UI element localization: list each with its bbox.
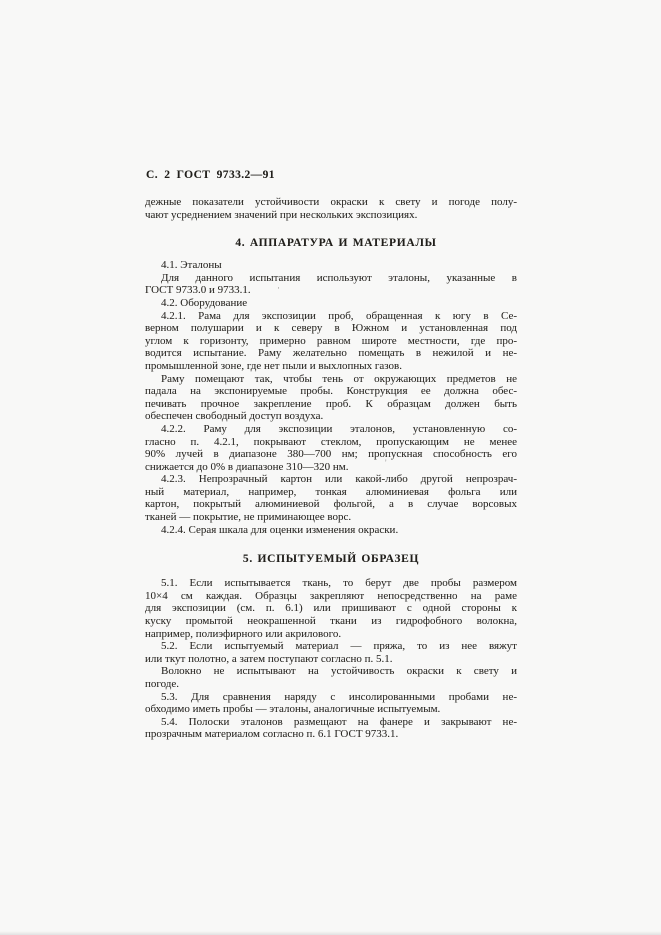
page-edge-shadow xyxy=(0,931,661,935)
scan-artifact-dot: · xyxy=(277,283,280,293)
text-line: печивать прочное закрепление проб. К обр… xyxy=(145,398,517,411)
text-line: обходимо иметь пробы — эталоны, аналогич… xyxy=(145,703,517,716)
text-line: падала на экспонируемые пробы. Конструкц… xyxy=(145,385,517,398)
paragraph: 5.1. Если испытывается ткань, то берут д… xyxy=(145,577,517,640)
paragraph: 5.3. Для сравнения наряду с инсолированн… xyxy=(145,691,517,716)
text-line: обеспечен свободный доступ воздуха. xyxy=(145,410,517,423)
paragraph: 5.4. Полоски эталонов размещают на фанер… xyxy=(145,716,517,741)
text-line: 5.3. Для сравнения наряду с инсолированн… xyxy=(145,691,517,704)
text-line: например, полиэфирного или акрилового. xyxy=(145,628,517,641)
paragraph: 4.2.3. Непрозрачный картон или какой-либ… xyxy=(145,473,517,523)
text-line: Волокно не испытывают на устойчивость ок… xyxy=(145,665,517,678)
text-line: верном полушарии и к северу в Южном и ус… xyxy=(145,322,517,335)
text-line: 4.2. Оборудование xyxy=(145,297,517,310)
text-line: снижается до 0% в диапазоне 310—320 нм. xyxy=(145,461,517,474)
text-line: ный материал, например, тонкая алюминиев… xyxy=(145,486,517,499)
text-line: гласно п. 4.2.1, покрывают стеклом, проп… xyxy=(145,436,517,449)
text-line: или ткут полотно, а затем поступают согл… xyxy=(145,653,517,666)
scan-artifact-tick: ' xyxy=(385,458,387,468)
section-heading: 5. ИСПЫТУЕМЫЙ ОБРАЗЕЦ xyxy=(145,552,517,566)
paragraph: 4.1. Эталоны xyxy=(145,259,517,272)
paragraph: 4.2. Оборудование xyxy=(145,297,517,310)
text-line: прозрачным материалом согласно п. 6.1 ГО… xyxy=(145,728,517,741)
text-line: чают усреднением значений при нескольких… xyxy=(145,209,517,222)
paragraph: 5.2. Если испытуемый материал — пряжа, т… xyxy=(145,640,517,665)
section-heading: 4. АППАРАТУРА И МАТЕРИАЛЫ xyxy=(155,236,517,250)
document-body: дежные показатели устойчивости окраски к… xyxy=(145,196,517,741)
paragraph: Раму помещают так, чтобы тень от окружаю… xyxy=(145,373,517,423)
text-line: промышленной зоне, где нет пыли и выхлоп… xyxy=(145,360,517,373)
paragraph: 4.2.1. Рама для экспозиции проб, обращен… xyxy=(145,310,517,373)
text-line: погоде. xyxy=(145,678,517,691)
text-line: водится испытание. Раму желательно помещ… xyxy=(145,347,517,360)
text-line: 5.1. Если испытывается ткань, то берут д… xyxy=(145,577,517,590)
text-line: Раму помещают так, чтобы тень от окружаю… xyxy=(145,373,517,386)
text-line: 4.2.3. Непрозрачный картон или какой-либ… xyxy=(145,473,517,486)
paragraph: Для данного испытания используют эталоны… xyxy=(145,272,517,297)
text-line: картон, покрытый алюминиевой фольгой, а … xyxy=(145,498,517,511)
paragraph: дежные показатели устойчивости окраски к… xyxy=(145,196,517,221)
paragraph: Волокно не испытывают на устойчивость ок… xyxy=(145,665,517,690)
text-line: 4.2.1. Рама для экспозиции проб, обращен… xyxy=(145,310,517,323)
paragraph: 4.2.4. Серая шкала для оценки изменения … xyxy=(145,524,517,537)
paragraph: 4.2.2. Раму для экспозиции эталонов, уст… xyxy=(145,423,517,473)
text-line: 4.1. Эталоны xyxy=(145,259,517,272)
text-line: 4.2.2. Раму для экспозиции эталонов, уст… xyxy=(145,423,517,436)
text-line: 90% лучей в диапазоне 380—700 нм; пропус… xyxy=(145,448,517,461)
page-header-running-title: С. 2 ГОСТ 9733.2—91 xyxy=(146,169,275,181)
text-line: ГОСТ 9733.0 и 9733.1. xyxy=(145,284,517,297)
text-line: тканей — покрытие, не приминающее ворс. xyxy=(145,511,517,524)
scanned-document-page: С. 2 ГОСТ 9733.2—91 дежные показатели ус… xyxy=(0,0,661,935)
text-line: 5.2. Если испытуемый материал — пряжа, т… xyxy=(145,640,517,653)
text-line: 10×4 см каждая. Образцы закрепляют непос… xyxy=(145,590,517,603)
text-line: углом к горизонту, примерно равном широт… xyxy=(145,335,517,348)
text-line: куску промытой неокрашенной ткани из гид… xyxy=(145,615,517,628)
text-line: дежные показатели устойчивости окраски к… xyxy=(145,196,517,209)
text-line: для экспозиции (см. п. 6.1) или пришиваю… xyxy=(145,602,517,615)
text-line: Для данного испытания используют эталоны… xyxy=(145,272,517,285)
text-line: 4.2.4. Серая шкала для оценки изменения … xyxy=(145,524,517,537)
text-line: 5.4. Полоски эталонов размещают на фанер… xyxy=(145,716,517,729)
